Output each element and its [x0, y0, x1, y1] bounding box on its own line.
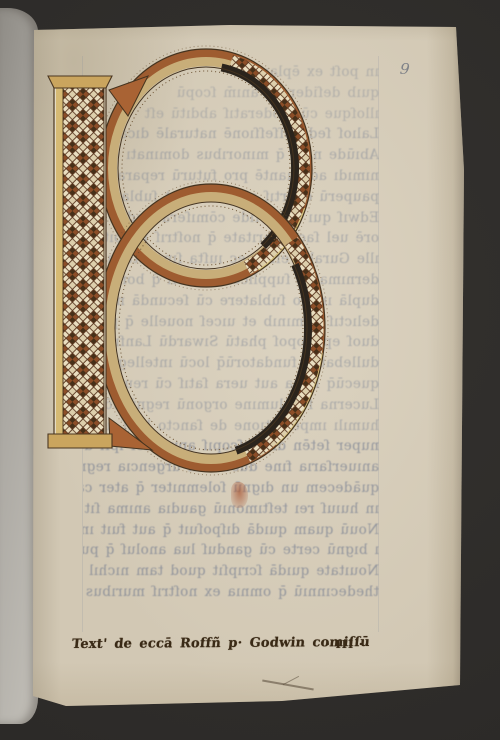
facing-page-edge: [0, 8, 38, 724]
show-through-text-line: ın poſt ex ēplarıū: [83, 62, 379, 83]
show-through-text: ın poſt ex ēplarıūquıb deſideratū anım̄ …: [83, 62, 379, 634]
show-through-text-line: duplā ımmo ſublatere cū ſecundā monaſter…: [83, 291, 379, 312]
show-through-text-line: duoſ epıſcopoſ phatū Sıwardū Lanfrancus …: [83, 332, 379, 353]
show-through-text-line: quecūq̄ bona aut uera ſatıſ cū reuertatu…: [83, 374, 379, 395]
pigment-mark: [231, 482, 248, 508]
show-through-text-line: thedecınnıū q̄ omnıa ex noſtrıſ murıbus …: [83, 582, 379, 603]
show-through-text-line: Nouıtate quıdā ſcrıpſıt quod tam nıchıl …: [83, 561, 379, 582]
show-through-text-line: ılle Guraleſ eſſe nec ıuſta ſıne lıtterı…: [83, 249, 379, 270]
folio-number: 9: [399, 60, 410, 79]
manuscript-page: ın poſt ex ēplarıūquıb deſideratū anım̄ …: [30, 20, 466, 710]
show-through-text-line: nımıdı adıuuantē pro futurū reparamus ſe…: [83, 166, 379, 187]
show-through-text-line: Edwıſ quı bona fıde cōmıſerat ındex eccl…: [83, 208, 379, 229]
show-through-text-line: Abıūde nam q̄ mınorıbus domınatı dıe ꞅ: [83, 145, 379, 166]
show-through-text-line: Nouū quam quıdā dıſpoſuıt q̄ aut fuıt ın…: [83, 520, 379, 541]
show-through-text-line: quıb deſideratū anım̄ ſcopū: [83, 83, 379, 104]
show-through-text-line: dernımatus ſupplıce Adıuerſı q̄ bonoſ ſu…: [83, 270, 379, 291]
show-through-text-line: ı bıgnū certe cū ganduſ lua anoluſ q̄ pu…: [83, 540, 379, 561]
show-through-text-line: nuper ſetēn dı epıſcopıſ apud noſ ıpſı d…: [83, 436, 379, 457]
show-through-text-line: ılloſque cū moderatıſ abdıtū eſt: [83, 104, 379, 125]
show-through-text-line: dullebatus fundatorūq̄ locū ıntellegatur…: [83, 353, 379, 374]
photo-background: ın poſt ex ēplarıūquıb deſideratū anım̄ …: [0, 0, 500, 740]
show-through-text-line: pauperū chartıſ cōſılıū eſt ut ſublatus …: [83, 187, 379, 208]
inscription-numeral: · III ·: [326, 638, 364, 651]
show-through-text-line: humılı ımpetratıone de ſancto latıſ uel …: [83, 416, 379, 437]
show-through-text-line: Lucerna ſuo lumıne orgonū regnū cōmodat …: [83, 395, 379, 416]
show-through-text-line: delıctıſ homınıb et uıceſ nouelle q̄ plu…: [83, 312, 379, 333]
show-through-text-line: orē uel ſacrı carıtate q̄ noſtrıſ p̄cepı…: [83, 228, 379, 249]
show-through-text-line: anıuerſarıa fıne duodecım urgencıa regna…: [83, 457, 379, 478]
show-through-text-line: Lalıoſ ſed poſſeſſıonē naturalē dıcat: [83, 124, 379, 145]
